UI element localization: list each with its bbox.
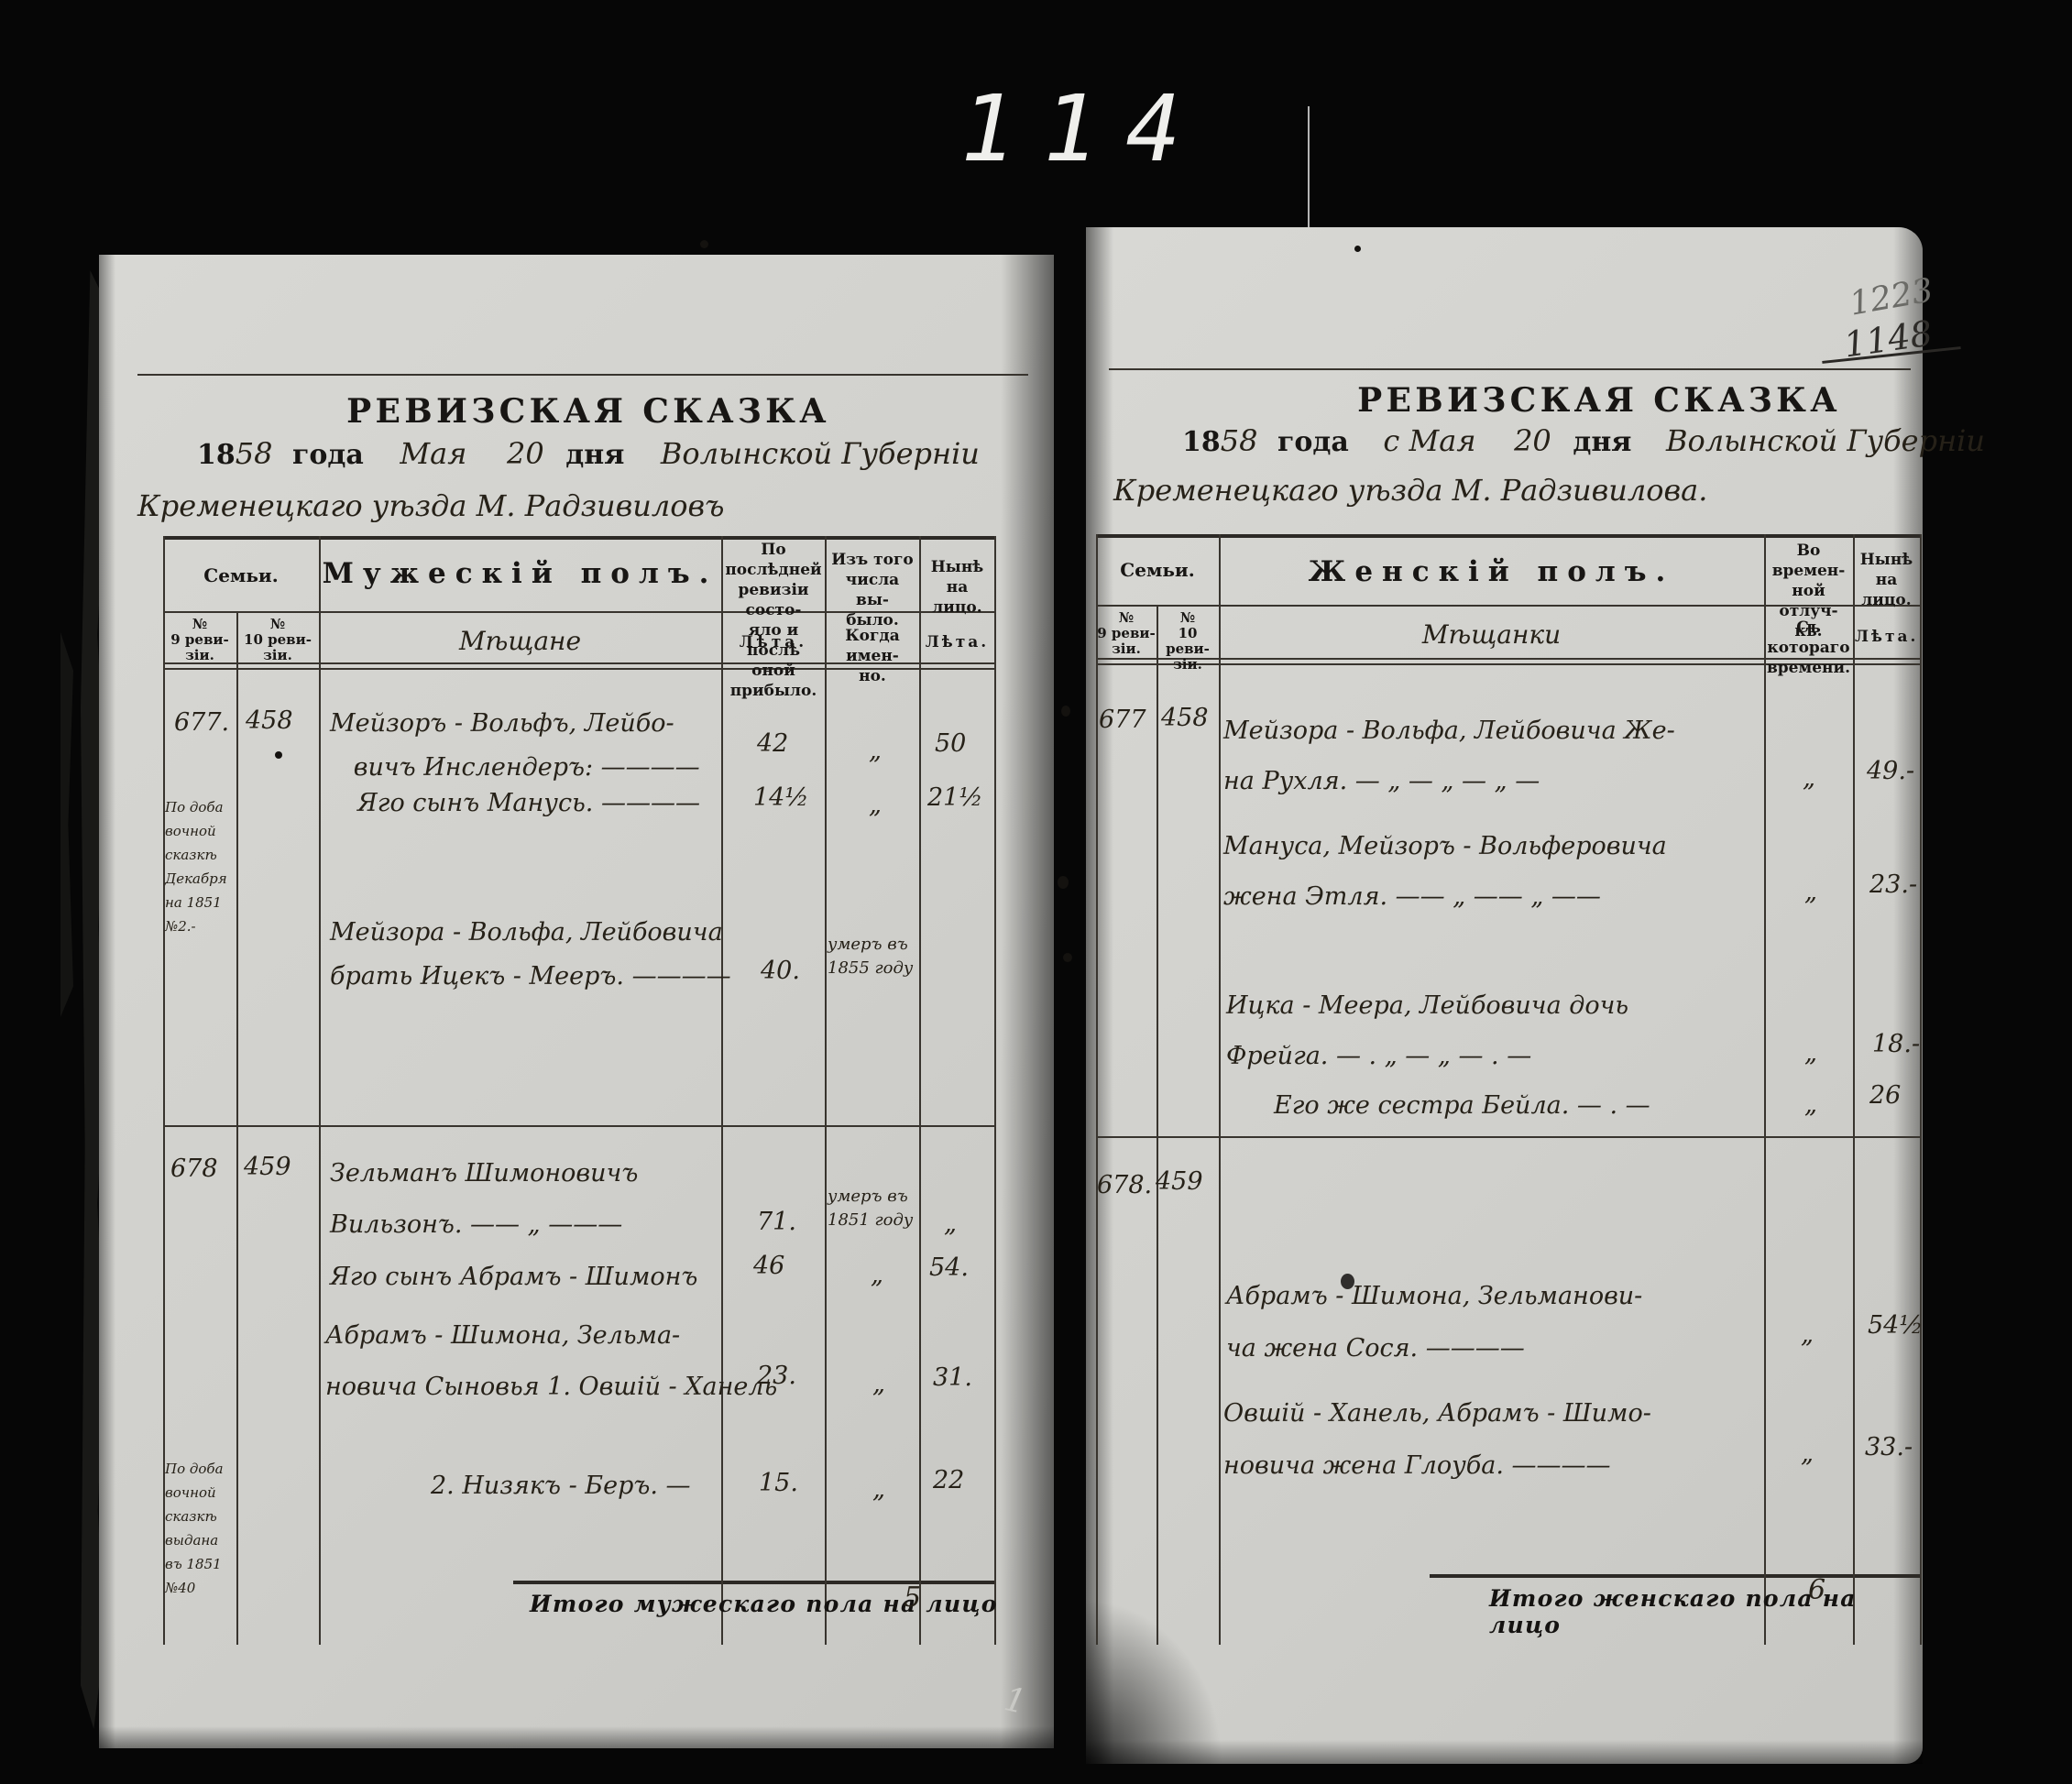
- right-page: РЕВИЗСКАЯ СКАЗКА 1858 года с Мая 20 дня …: [1086, 227, 1923, 1764]
- person-entry: Мануса, Мейзоръ - Вольферовича жена Этля…: [1223, 821, 1667, 922]
- date-month-script: Мая: [400, 436, 466, 471]
- grid-line: [1764, 534, 1766, 1645]
- spine-speck: [1058, 876, 1069, 889]
- left-page-bottom-shadow: [99, 1726, 1054, 1748]
- right-page-bottom-shadow: [1086, 1740, 1923, 1764]
- place-line: Кременецкаго уѣзда М. Радзивиловъ: [137, 488, 724, 523]
- grid-line: [1096, 534, 1098, 1645]
- page-title: РЕВИЗСКАЯ СКАЗКА: [1324, 381, 1874, 420]
- departed-note: умеръ въ 1855 году: [828, 933, 919, 980]
- age-now: 22: [933, 1466, 964, 1494]
- age-last-revision: 40.: [761, 957, 800, 985]
- grid-line: [1853, 534, 1855, 1645]
- date-day-script: 20: [1514, 423, 1551, 458]
- grid-line: [1157, 605, 1158, 1645]
- header-family: Семьи.: [163, 564, 319, 586]
- age-now: 50: [935, 729, 966, 758]
- age-last-revision: 71.: [757, 1208, 796, 1236]
- person-entry: Мейзора - Вольфа, Лейбовича брать Ицекъ …: [330, 911, 731, 999]
- grid-line: [721, 536, 723, 1645]
- age-now: 49.-: [1867, 757, 1914, 785]
- date-line: 1858 года с Мая 20 дня Волынской Губерні…: [1182, 423, 1985, 458]
- ditto-mark: „: [1801, 1439, 1814, 1468]
- person-entry: Яго сынъ Абрамъ - Шимонъ: [330, 1255, 697, 1299]
- header-when-exactly: Когда имен- но.: [827, 626, 918, 686]
- header-sex-title: Женскій полъ.: [1219, 555, 1764, 588]
- grid-line: [994, 536, 996, 1645]
- date-printed-18: 18: [197, 439, 236, 471]
- person-entry: Абрамъ - Шимона, Зельма- новича Сыновья …: [325, 1310, 777, 1413]
- paper-speck: [1354, 246, 1361, 252]
- header-years: Лѣта.: [1855, 627, 1918, 647]
- header-departed: Изъ того числа вы- было.: [827, 550, 918, 630]
- total-rule: [1430, 1574, 1920, 1578]
- header-rev9: № 9 реви- зіи.: [1096, 610, 1157, 657]
- ditto-mark: „: [1804, 878, 1817, 906]
- date-goda: года: [1277, 426, 1349, 458]
- family-number-10th: 458: [246, 706, 293, 735]
- total-rule: [513, 1581, 994, 1584]
- person-entry: Ицка - Меера, Лейбовича дочь Фрейга. — .…: [1226, 980, 1628, 1081]
- ink-blot: [1341, 1274, 1354, 1289]
- family-number-10th: 459: [244, 1153, 291, 1181]
- age-now: 21½: [927, 783, 983, 812]
- ditto-mark: „: [872, 1370, 885, 1398]
- family-number-10th: 459: [1156, 1167, 1203, 1196]
- family-number-9th: 677: [1099, 706, 1146, 734]
- page-title: РЕВИЗСКАЯ СКАЗКА: [328, 392, 849, 431]
- age-now: 54½: [1868, 1311, 1924, 1340]
- date-printed-18: 18: [1182, 426, 1221, 458]
- date-dnya: дня: [565, 439, 624, 471]
- right-page-gutter-shadow: [1086, 227, 1113, 1764]
- ditto-mark: „: [944, 1209, 957, 1238]
- header-last-revision: По послѣдней ревизіи состо- яло и послѣ …: [723, 540, 824, 701]
- person-entry: Мейзоръ - Вольфъ, Лейбо- вичъ Инслендеръ…: [330, 702, 700, 790]
- left-page-edge-shadow: [99, 255, 115, 1748]
- right-page-curl-shadow: [1086, 1599, 1223, 1764]
- header-since-when: Съ котораго времени.: [1766, 618, 1851, 678]
- ditto-mark: „: [1803, 764, 1815, 793]
- grid-line: [919, 536, 921, 1645]
- header-sex-title: Мужескій полъ.: [319, 557, 721, 590]
- header-estate-script: Мѣщанки: [1219, 619, 1764, 650]
- date-dnya: дня: [1573, 426, 1631, 458]
- age-now: 26: [1869, 1081, 1901, 1110]
- age-last-revision: 23.: [757, 1362, 796, 1390]
- person-entry: Его же сестра Бейла. — . —: [1274, 1084, 1650, 1128]
- margin-annotation: По доба вочной сказкѣ выдана въ 1851 №40: [165, 1457, 235, 1600]
- age-now: 18.-: [1872, 1030, 1920, 1058]
- person-entry: Мейзора - Вольфа, Лейбовича Же- на Рухля…: [1223, 706, 1675, 806]
- header-years-b: Лѣта.: [921, 632, 993, 652]
- photo-scratch-line: [1308, 106, 1310, 233]
- family-number-9th: 678: [170, 1155, 218, 1183]
- total-label: Итого женскаго пола на лицо: [1489, 1585, 1923, 1638]
- top-rule: [137, 374, 1028, 376]
- place-line: Кременецкаго уѣзда М. Радзивилова.: [1113, 473, 1707, 508]
- age-now: 31.: [933, 1363, 972, 1392]
- torn-page-sliver: [60, 632, 73, 1017]
- age-last-revision: 42: [757, 729, 788, 758]
- ink-dot: [275, 751, 282, 759]
- age-last-revision: 46: [753, 1252, 784, 1280]
- date-year-script: 58: [236, 436, 273, 471]
- family-number-9th: 677.: [174, 708, 229, 737]
- spine-speck: [1063, 953, 1072, 962]
- total-value: 6: [1808, 1574, 1825, 1606]
- total-value: 5: [904, 1582, 921, 1614]
- age-last-revision: 14½: [753, 783, 809, 812]
- ditto-mark: „: [1804, 1039, 1817, 1067]
- grid-line: [1920, 534, 1922, 1645]
- grid-line: [236, 611, 238, 1645]
- folio-number: 114: [960, 75, 1209, 182]
- family-number-10th: 458: [1161, 704, 1209, 732]
- top-rule: [1109, 368, 1911, 370]
- grid-line: [1219, 534, 1221, 1645]
- ditto-mark: „: [869, 791, 882, 819]
- header-rev10: № 10 реви- зіи.: [236, 617, 319, 663]
- person-entry: 2. Низякъ - Беръ. —: [431, 1464, 691, 1508]
- ditto-mark: „: [871, 1261, 883, 1289]
- person-entry: Овшій - Ханель, Абрамъ - Шимо- новича же…: [1223, 1387, 1651, 1492]
- person-entry: Абрамъ - Шимона, Зельманови- ча жена Сос…: [1226, 1270, 1642, 1374]
- date-province-script: Волынской Губерніи: [1666, 423, 1985, 458]
- grid-line: [825, 536, 827, 1645]
- family-number-9th: 678.: [1097, 1171, 1152, 1199]
- ditto-mark: „: [872, 1475, 885, 1504]
- date-year-script: 58: [1221, 423, 1258, 458]
- age-now: 33.-: [1865, 1433, 1913, 1461]
- margin-annotation: По доба вочной сказкѣ Декабря на 1851 №2…: [165, 795, 235, 938]
- person-entry: Яго сынъ Манусь. ————: [357, 782, 700, 826]
- date-day-script: 20: [507, 436, 544, 471]
- family-divider-rule: [163, 1125, 994, 1127]
- table-top-rule: [163, 536, 994, 540]
- age-now: 23.-: [1869, 870, 1917, 899]
- paper-speck: [700, 240, 708, 248]
- header-family: Семьи.: [1096, 559, 1219, 581]
- spine-speck: [1061, 706, 1070, 717]
- ditto-mark: „: [869, 737, 882, 765]
- date-province-script: Волынской Губерніи: [661, 436, 980, 471]
- header-now-present: Нынѣ на лицо.: [921, 557, 993, 618]
- header-now-present: Нынѣ на лицо.: [1855, 550, 1918, 610]
- date-goda: года: [292, 439, 364, 471]
- grid-line: [319, 536, 321, 1645]
- header-years-a: Лѣта.: [723, 632, 824, 652]
- ditto-mark: „: [1804, 1090, 1817, 1119]
- left-page-gutter-shadow: [1001, 255, 1054, 1748]
- departed-note: умеръ въ 1851 году: [828, 1185, 919, 1232]
- header-rev10: № 10 реви- зіи.: [1157, 610, 1219, 673]
- age-last-revision: 15.: [759, 1469, 798, 1497]
- photo-backdrop: { "photo": { "folio_number": "114", "cor…: [0, 0, 2072, 1784]
- date-month-script: с Мая: [1383, 423, 1475, 458]
- age-now: 54.: [929, 1253, 969, 1282]
- header-rev9: № 9 реви- зіи.: [163, 617, 236, 663]
- date-line: 1858 года Мая 20 дня Волынской Губерніи: [197, 436, 980, 471]
- header-estate-script: Мѣщане: [319, 626, 721, 656]
- person-entry: Зельманъ Шимоновичъ Вильзонъ. —— „ ———: [330, 1148, 638, 1251]
- total-label: Итого мужескаго пола на лицо: [530, 1591, 998, 1617]
- left-page: РЕВИЗСКАЯ СКАЗКА 1858 года Мая 20 дня Во…: [99, 255, 1054, 1748]
- ditto-mark: „: [1801, 1320, 1814, 1349]
